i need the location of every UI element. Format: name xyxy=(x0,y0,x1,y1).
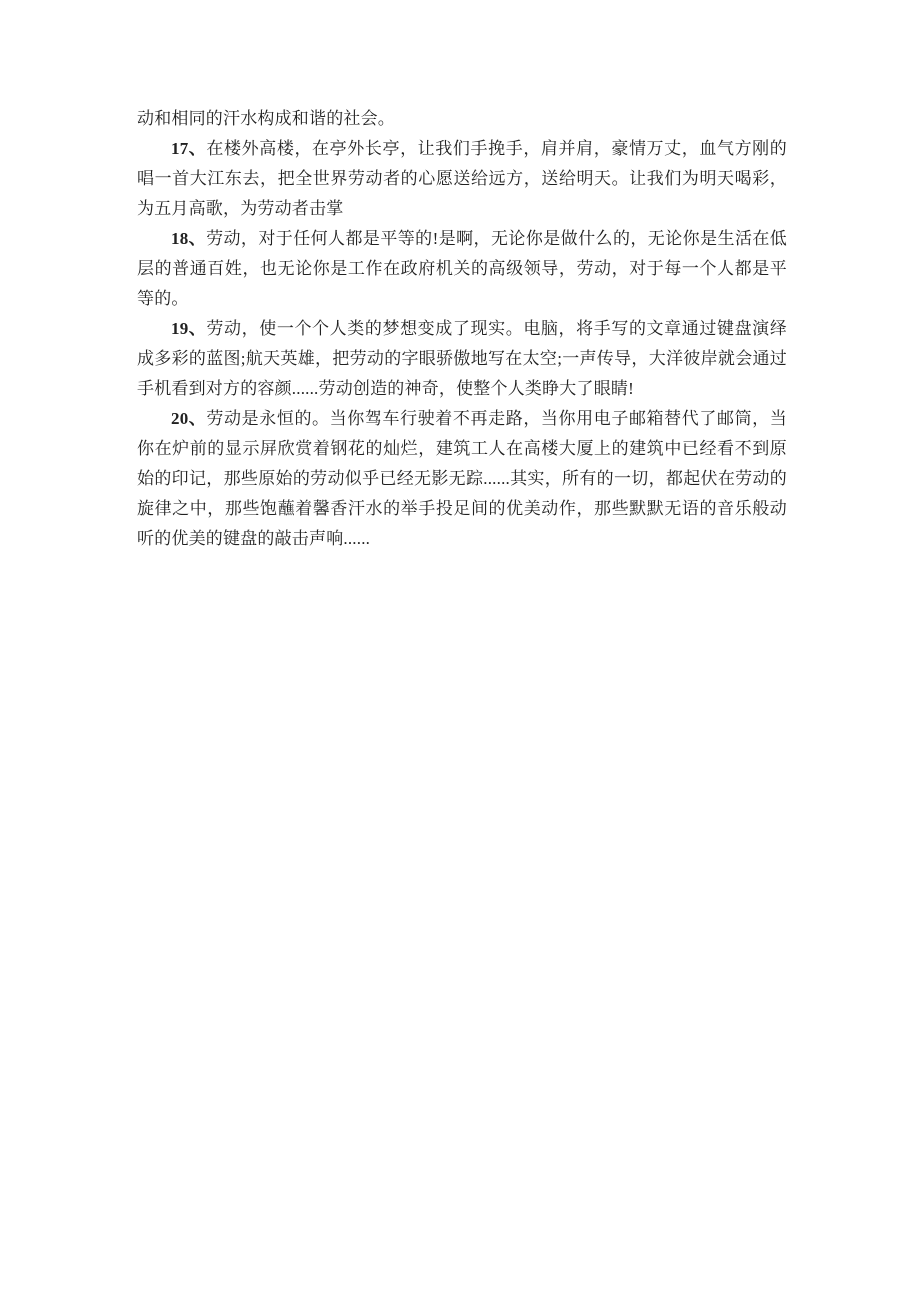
paragraph: 18、劳动，对于任何人都是平等的!是啊，无论你是做什么的，无论你是生活在低层的普… xyxy=(137,224,787,314)
paragraph-text: 动和相同的汗水构成和谐的社会。 xyxy=(137,109,395,128)
paragraph: 动和相同的汗水构成和谐的社会。 xyxy=(137,104,787,134)
paragraph: 20、劳动是永恒的。当你驾车行驶着不再走路，当你用电子邮箱替代了邮筒，当你在炉前… xyxy=(137,404,787,554)
paragraph-number: 17、 xyxy=(171,139,206,158)
document-page: 动和相同的汗水构成和谐的社会。 17、在楼外高楼，在亭外长亭，让我们手挽手，肩并… xyxy=(0,0,920,1302)
paragraph-number: 20、 xyxy=(171,409,206,428)
paragraph: 17、在楼外高楼，在亭外长亭，让我们手挽手，肩并肩，豪情万丈，血气方刚的唱一首大… xyxy=(137,134,787,224)
paragraph-text: 在楼外高楼，在亭外长亭，让我们手挽手，肩并肩，豪情万丈，血气方刚的唱一首大江东去… xyxy=(137,139,787,218)
paragraph-number: 18、 xyxy=(171,229,206,248)
paragraph-text: 劳动，使一个个人类的梦想变成了现实。电脑，将手写的文章通过键盘演绎成多彩的蓝图;… xyxy=(137,319,787,398)
document-text-block: 动和相同的汗水构成和谐的社会。 17、在楼外高楼，在亭外长亭，让我们手挽手，肩并… xyxy=(137,104,787,554)
paragraph-text: 劳动，对于任何人都是平等的!是啊，无论你是做什么的，无论你是生活在低层的普通百姓… xyxy=(137,229,787,308)
paragraph-text: 劳动是永恒的。当你驾车行驶着不再走路，当你用电子邮箱替代了邮筒，当你在炉前的显示… xyxy=(137,409,787,548)
paragraph-number: 19、 xyxy=(171,319,206,338)
paragraph: 19、劳动，使一个个人类的梦想变成了现实。电脑，将手写的文章通过键盘演绎成多彩的… xyxy=(137,314,787,404)
